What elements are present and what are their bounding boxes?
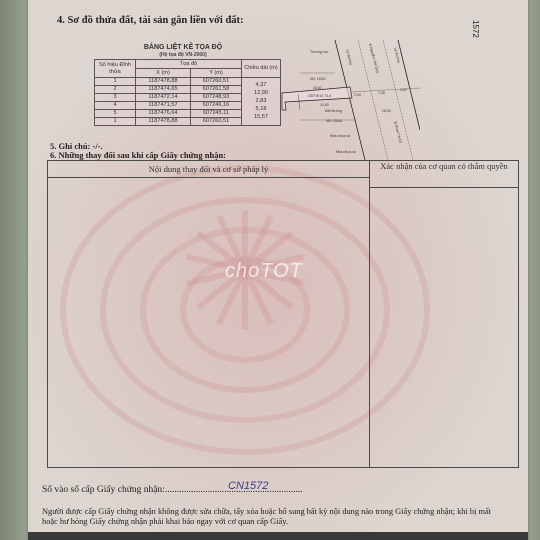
svg-text:Nhà chưa số: Nhà chưa số — [330, 134, 350, 138]
page-edge — [28, 532, 528, 540]
svg-text:Đ.Phan Thị Út: Đ.Phan Thị Út — [393, 121, 403, 143]
svg-text:2,00: 2,00 — [354, 93, 361, 97]
header-divider — [48, 177, 369, 178]
svg-text:Đất đường: Đất đường — [325, 109, 342, 113]
table-row: 1 1187478,88 607260,51 4,37 12,90 2,83 5… — [95, 78, 281, 86]
header-x: X (m) — [136, 69, 191, 78]
registry-label: Số vào sổ cấp Giấy chứng nhận: — [42, 485, 165, 495]
changes-col-content — [48, 161, 370, 467]
svg-text:16,00: 16,00 — [382, 109, 391, 113]
label-school: Trường học — [310, 50, 329, 54]
coordinate-table: Số hiệu Đỉnh thửa Tọa độ Chiều dài (m) X… — [94, 59, 281, 126]
changes-header-confirmation: Xác nhận của cơ quan có thẩm quyền — [370, 161, 518, 171]
header-divider-right — [369, 187, 518, 188]
coord-table-subtitle: (Hệ tọa độ VN-2000) — [98, 52, 268, 58]
svg-text:7,00: 7,00 — [378, 91, 385, 95]
registry-number-value: CN1572 — [228, 480, 268, 492]
header-y: Y (m) — [191, 69, 242, 78]
coord-table-title: BẢNG LIỆT KÊ TỌA ĐỘ — [98, 44, 268, 51]
svg-text:Lề đường: Lề đường — [345, 49, 353, 65]
handwritten-margin-note: 1572 — [471, 20, 480, 38]
svg-text:Lề đường: Lề đường — [393, 47, 401, 63]
label-neighbor-bottom: NS: 15/4A — [326, 119, 343, 123]
label-lot: ODT 8/14 74,4 — [308, 94, 331, 98]
label-neighbor-top: NS: 15/4C — [310, 77, 327, 81]
svg-text:Đ.Nguyễn Văn Quỳ: Đ.Nguyễn Văn Quỳ — [368, 43, 381, 74]
changes-table: Nội dung thay đổi và cơ sở pháp lý Xác n… — [47, 160, 519, 468]
svg-text:Nhà chưa số: Nhà chưa số — [336, 150, 356, 154]
background-left — [0, 0, 30, 540]
svg-text:12,90: 12,90 — [320, 103, 329, 107]
certificate-notice: Người được cấp Giấy chứng nhận không đượ… — [42, 507, 492, 527]
svg-text:3,50: 3,50 — [400, 88, 407, 92]
section-4-title: 4. Sơ đồ thửa đất, tài sản gắn liền với … — [57, 15, 244, 26]
header-coord: Tọa độ — [136, 60, 242, 69]
svg-text:15,57: 15,57 — [313, 86, 322, 90]
changes-header-content: Nội dung thay đổi và cơ sở pháp lý — [48, 164, 369, 174]
land-plot-diagram: Trường học NS: 15/4C 15,57 ODT 8/14 74,4… — [270, 40, 420, 160]
header-vertex: Số hiệu Đỉnh thửa — [95, 60, 136, 78]
section-6-title: 6. Những thay đổi sau khi cấp Giấy chứng… — [50, 150, 226, 160]
